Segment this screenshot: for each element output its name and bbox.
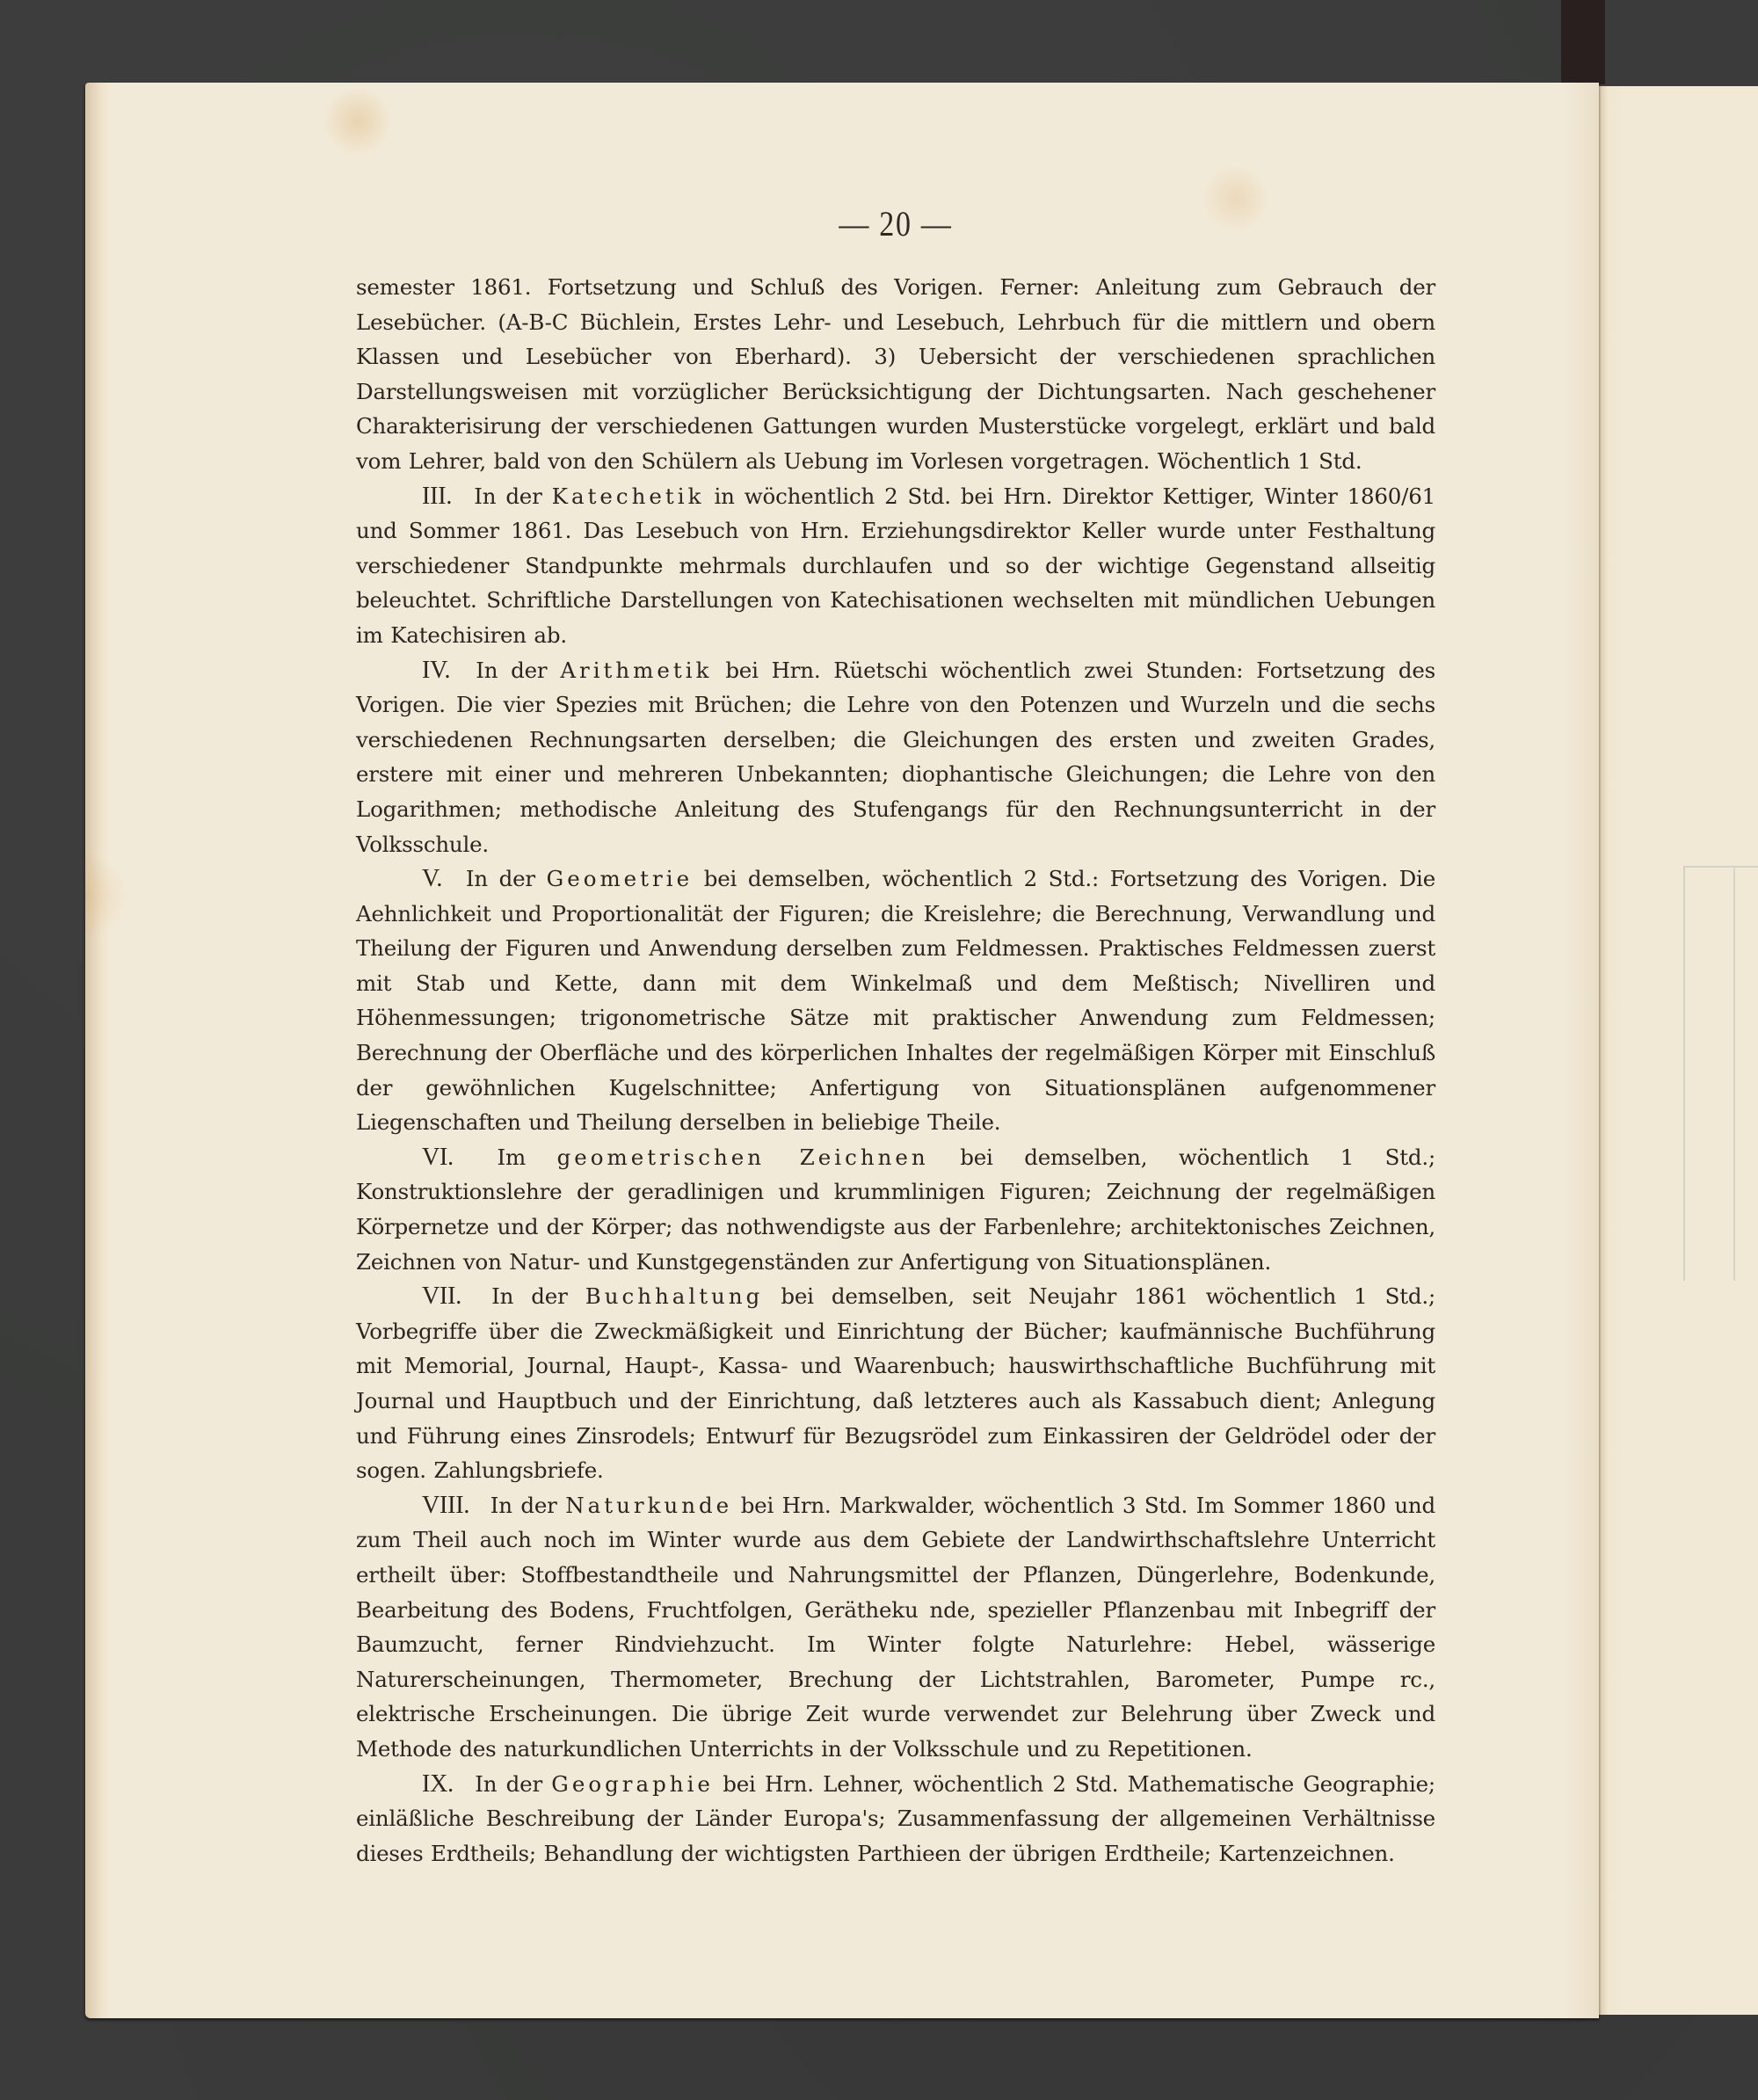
bleed-through-table-column (1733, 868, 1735, 1281)
paragraph-text: bei demselben, seit Neujahr 1861 wöchent… (356, 1283, 1435, 1483)
section-subject: Katechetik (552, 483, 705, 509)
section-numeral: VII. (422, 1283, 461, 1310)
section-numeral: VI. (422, 1144, 454, 1171)
section-numeral: IX. (422, 1770, 454, 1798)
section-numeral: V. (422, 865, 442, 892)
paragraph-continuation: semester 1861. Fortsetzung und Schluß de… (356, 270, 1435, 479)
page-content: — 20 — semester 1861. Fortsetzung und Sc… (356, 198, 1435, 1871)
section-lead: In der (474, 483, 541, 509)
section-subject: Naturkunde (565, 1493, 732, 1518)
section-lead: In der (491, 1283, 567, 1309)
bleed-through-table (1683, 866, 1758, 1281)
section-numeral: IV. (422, 657, 450, 684)
paragraph-section-v: V. In der Geometrie bei demselben, wöche… (356, 861, 1435, 1140)
section-subject: Buchhaltung (585, 1283, 764, 1309)
section-lead: In der (476, 658, 547, 683)
book-spine (1561, 0, 1605, 84)
page-number: — 20 — (437, 198, 1355, 251)
paragraph-text: semester 1861. Fortsetzung und Schluß de… (356, 274, 1435, 474)
paragraph-section-vi: VI. Im geometrischen Zeichnen bei demsel… (356, 1140, 1435, 1279)
paragraph-text: bei Hrn. Rüetschi wöchentlich zwei Stund… (356, 658, 1435, 857)
section-lead: In der (475, 1771, 542, 1797)
paragraph-text: bei demselben, wöchentlich 2 Std.: Forts… (356, 866, 1435, 1135)
section-subject: geometrischen Zeichnen (557, 1144, 929, 1170)
paragraph-text: bei Hrn. Markwalder, wöchentlich 3 Std. … (356, 1493, 1435, 1762)
paragraph-section-viii: VIII. In der Naturkunde bei Hrn. Markwal… (356, 1488, 1435, 1767)
section-lead: In der (490, 1493, 557, 1518)
section-numeral: VIII. (422, 1492, 469, 1519)
section-lead: In der (466, 866, 535, 891)
section-subject: Arithmetik (560, 658, 712, 683)
section-subject: Geometrie (547, 866, 693, 891)
paragraph-section-iv: IV. In der Arithmetik bei Hrn. Rüetschi … (356, 653, 1435, 862)
section-subject: Geographie (551, 1771, 714, 1797)
section-lead: Im (498, 1144, 527, 1170)
paragraph-section-ix: IX. In der Geographie bei Hrn. Lehner, w… (356, 1767, 1435, 1871)
paragraph-section-vii: VII. In der Buchhaltung bei demselben, s… (356, 1279, 1435, 1488)
paragraph-section-iii: III. In der Katechetik in wöchentlich 2 … (356, 479, 1435, 653)
section-numeral: III. (422, 483, 452, 510)
